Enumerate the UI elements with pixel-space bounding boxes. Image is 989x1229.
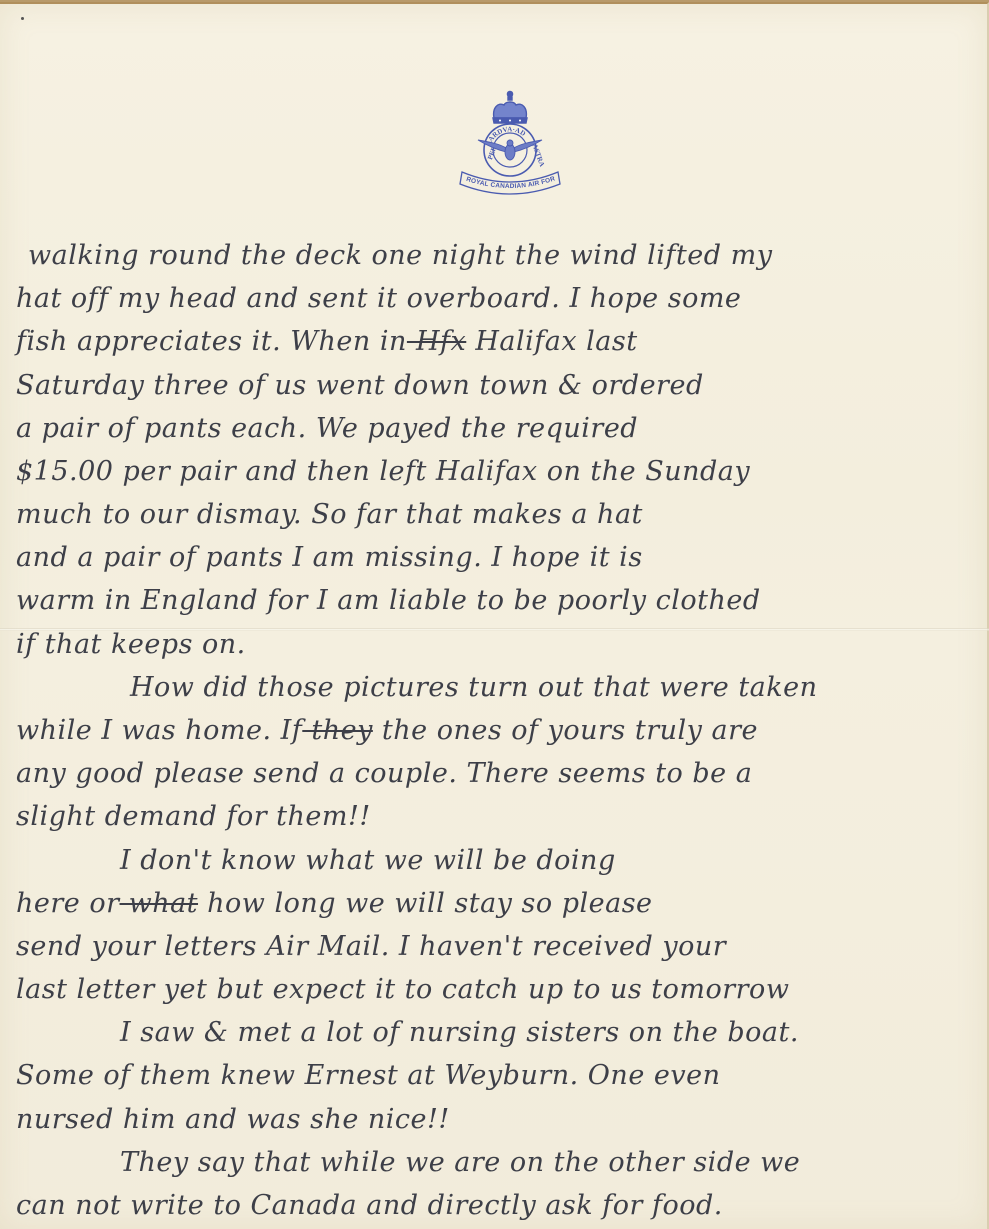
letter-line: How did those pictures turn out that wer…: [130, 672, 818, 703]
letter-line: can not write to Canada and directly ask…: [16, 1190, 723, 1221]
line-text: How did those pictures turn out that wer…: [130, 672, 818, 703]
line-text: if that keeps on.: [16, 629, 246, 660]
letter-line: any good please send a couple. There see…: [16, 758, 752, 789]
line-text: Saturday three of us went down town & or…: [16, 370, 704, 401]
letter-line: slight demand for them!!: [16, 801, 371, 832]
letter-line: They say that while we are on the other …: [120, 1147, 800, 1178]
handwritten-letter-body: walking round the deck one night the win…: [0, 0, 989, 1229]
struck-out-word: what: [120, 888, 199, 919]
letter-line: here or what how long we will stay so pl…: [16, 888, 653, 919]
struck-out-word: Hfx: [407, 326, 466, 357]
letter-line: fish appreciates it. When in Hfx Halifax…: [16, 326, 638, 357]
line-text: I don't know what we will be doing: [120, 845, 616, 876]
letter-line: walking round the deck one night the win…: [28, 240, 772, 271]
line-text: last letter yet but expect it to catch u…: [16, 974, 789, 1005]
line-text: warm in England for I am liable to be po…: [16, 585, 761, 616]
line-text: walking round the deck one night the win…: [28, 240, 772, 271]
line-text: $15.00 per pair and then left Halifax on…: [16, 456, 750, 487]
line-text: send your letters Air Mail. I haven't re…: [16, 931, 726, 962]
line-text: Some of them knew Ernest at Weyburn. One…: [16, 1060, 720, 1091]
letter-line: last letter yet but expect it to catch u…: [16, 974, 789, 1005]
struck-out-word: they: [302, 715, 373, 746]
letter-line: I don't know what we will be doing: [120, 845, 616, 876]
line-text: I saw & met a lot of nursing sisters on …: [120, 1017, 799, 1048]
line-text: slight demand for them!!: [16, 801, 371, 832]
line-text: hat off my head and sent it overboard. I…: [16, 283, 741, 314]
line-text: a pair of pants each. We payed the requi…: [16, 413, 638, 444]
line-text-continued: how long we will stay so please: [198, 888, 653, 919]
letter-line: nursed him and was she nice!!: [16, 1104, 450, 1135]
letter-line: send your letters Air Mail. I haven't re…: [16, 931, 726, 962]
line-text: They say that while we are on the other …: [120, 1147, 800, 1178]
letter-line: and a pair of pants I am missing. I hope…: [16, 542, 643, 573]
line-text: fish appreciates it. When in: [16, 326, 407, 357]
letter-line: a pair of pants each. We payed the requi…: [16, 413, 638, 444]
letter-line: if that keeps on.: [16, 629, 246, 660]
line-text: can not write to Canada and directly ask…: [16, 1190, 723, 1221]
letter-line: hat off my head and sent it overboard. I…: [16, 283, 741, 314]
letter-line: Some of them knew Ernest at Weyburn. One…: [16, 1060, 720, 1091]
line-text: nursed him and was she nice!!: [16, 1104, 450, 1135]
letter-line: warm in England for I am liable to be po…: [16, 585, 761, 616]
letter-line: I saw & met a lot of nursing sisters on …: [120, 1017, 799, 1048]
line-text-continued: Halifax last: [466, 326, 637, 357]
letter-line: $15.00 per pair and then left Halifax on…: [16, 456, 750, 487]
line-text: here or: [16, 888, 120, 919]
letter-line: Saturday three of us went down town & or…: [16, 370, 704, 401]
letter-line: much to our dismay. So far that makes a …: [16, 499, 643, 530]
line-text-continued: the ones of yours truly are: [373, 715, 758, 746]
letter-line: while I was home. If they the ones of yo…: [16, 715, 758, 746]
line-text: any good please send a couple. There see…: [16, 758, 752, 789]
line-text: while I was home. If: [16, 715, 302, 746]
line-text: much to our dismay. So far that makes a …: [16, 499, 643, 530]
line-text: and a pair of pants I am missing. I hope…: [16, 542, 643, 573]
